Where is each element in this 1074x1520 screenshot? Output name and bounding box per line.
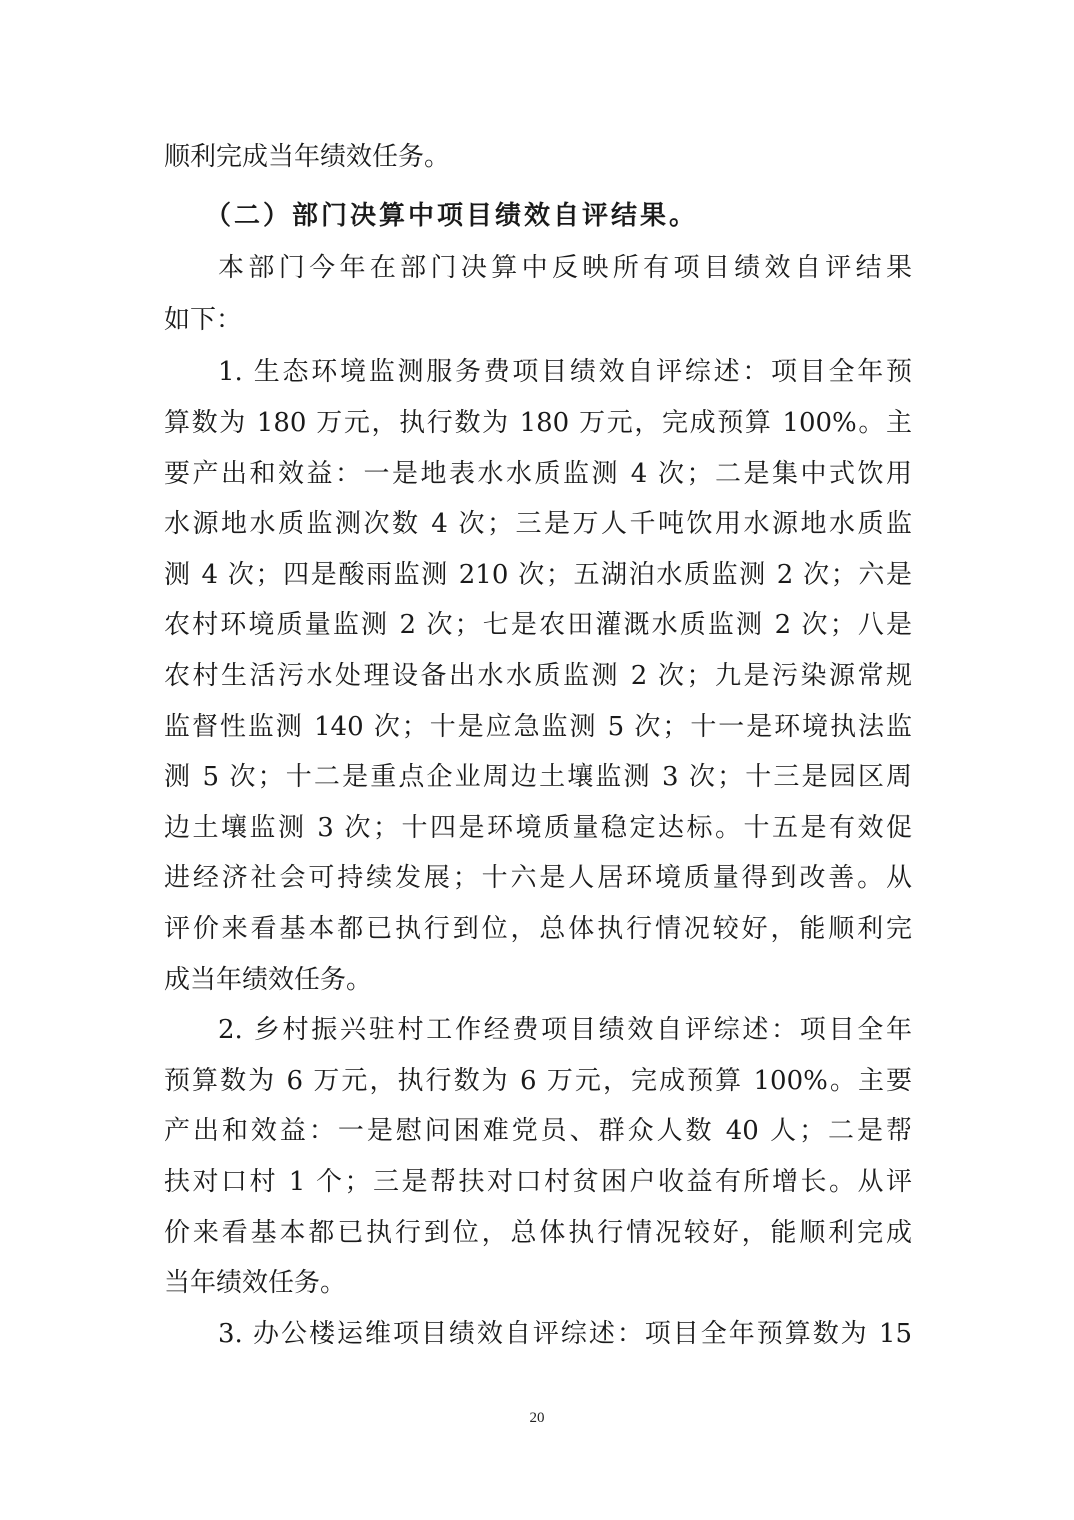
item-1-line: 要产出和效益：一是地表水水质监测 4 次；二是集中式饮用: [164, 454, 912, 494]
item-2-line: 扶对口村 1 个；三是帮扶对口村贫困户收益有所增长。从评: [164, 1162, 912, 1202]
item-2-line: 当年绩效任务。: [164, 1263, 912, 1303]
page-number: 20: [0, 1410, 1074, 1427]
item-1-line: 水源地水质监测次数 4 次；三是万人千吨饮用水源地水质监: [164, 504, 912, 544]
item-1-line: 1. 生态环境监测服务费项目绩效自评综述：项目全年预: [218, 352, 912, 392]
item-1-line: 评价来看基本都已执行到位，总体执行情况较好，能顺利完: [164, 909, 912, 949]
item-1-line: 测 5 次；十二是重点企业周边土壤监测 3 次；十三是园区周: [164, 757, 912, 797]
item-1-line: 算数为 180 万元，执行数为 180 万元，完成预算 100%。主: [164, 403, 912, 443]
item-1-line: 成当年绩效任务。: [164, 960, 912, 1000]
item-3-line: 3. 办公楼运维项目绩效自评综述：项目全年预算数为 15: [218, 1314, 912, 1354]
paragraph-line: 如下：: [164, 300, 912, 340]
item-1-line: 农村生活污水处理设备出水水质监测 2 次；九是污染源常规: [164, 656, 912, 696]
section-heading: （二）部门决算中项目绩效自评结果。: [205, 196, 698, 236]
item-2-line: 价来看基本都已执行到位，总体执行情况较好，能顺利完成: [164, 1213, 912, 1253]
item-1-line: 农村环境质量监测 2 次；七是农田灌溉水质监测 2 次；八是: [164, 605, 912, 645]
item-1-line: 测 4 次；四是酸雨监测 210 次；五湖泊水质监测 2 次；六是: [164, 555, 912, 595]
item-2-line: 产出和效益：一是慰问困难党员、群众人数 40 人；二是帮: [164, 1111, 912, 1151]
item-1-line: 边土壤监测 3 次；十四是环境质量稳定达标。十五是有效促: [164, 808, 912, 848]
paragraph-line: 顺利完成当年绩效任务。: [164, 137, 912, 177]
item-1-line: 监督性监测 140 次；十是应急监测 5 次；十一是环境执法监: [164, 707, 912, 747]
item-1-line: 进经济社会可持续发展；十六是人居环境质量得到改善。从: [164, 858, 912, 898]
document-page: 顺利完成当年绩效任务。 （二）部门决算中项目绩效自评结果。 本部门今年在部门决算…: [0, 0, 1074, 1520]
item-2-line: 预算数为 6 万元，执行数为 6 万元，完成预算 100%。主要: [164, 1061, 912, 1101]
item-2-line: 2. 乡村振兴驻村工作经费项目绩效自评综述：项目全年: [218, 1010, 912, 1050]
paragraph-line: 本部门今年在部门决算中反映所有项目绩效自评结果: [218, 248, 912, 288]
